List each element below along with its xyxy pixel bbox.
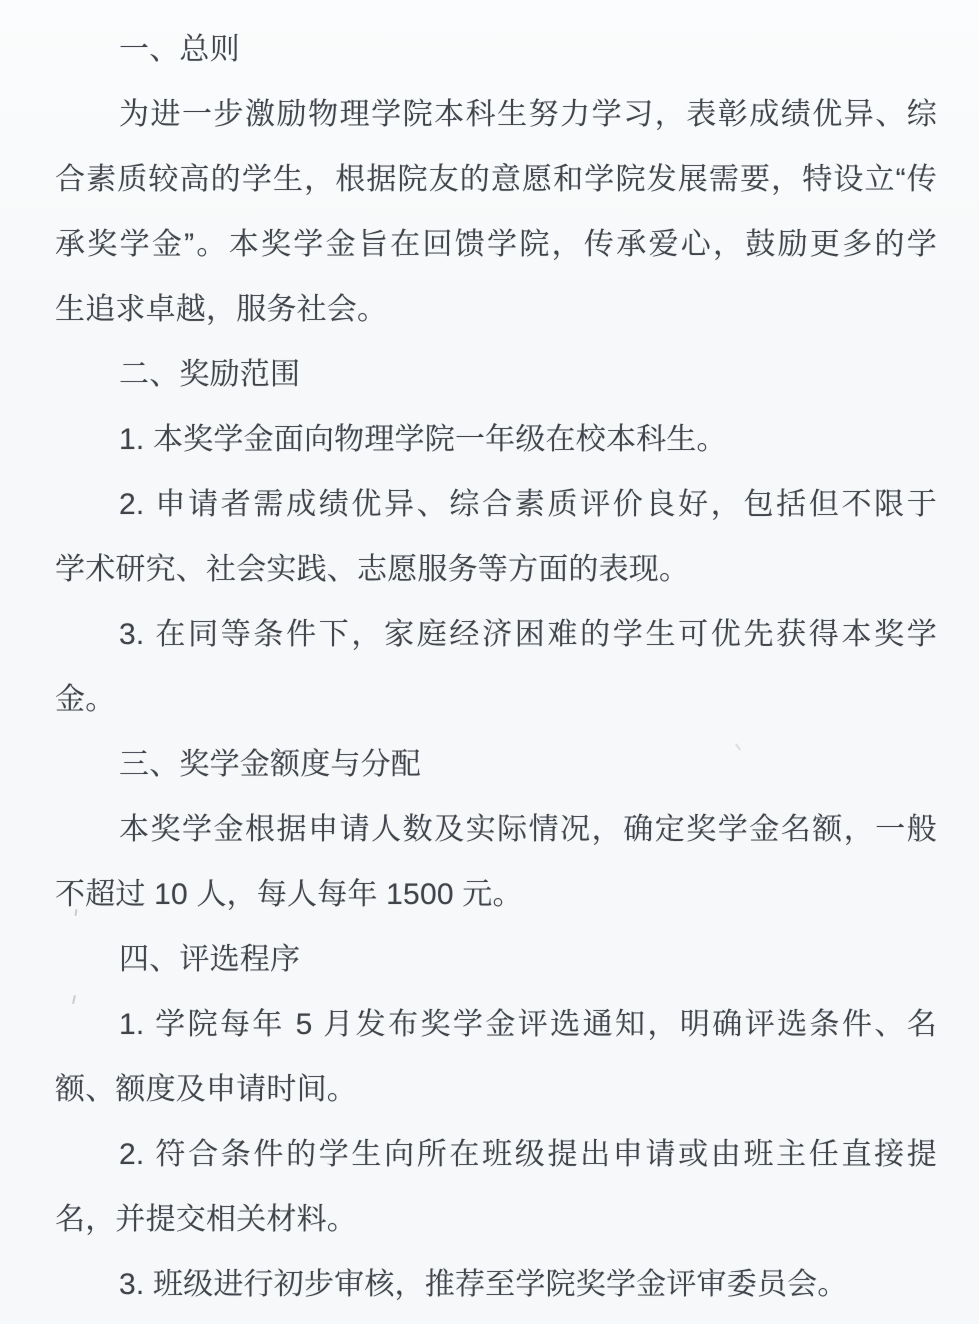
heading-section-3: 三、奖学金额度与分配 [55, 732, 937, 797]
heading-section-1: 一、总则 [55, 17, 937, 82]
heading-section-2: 二、奖励范围 [55, 342, 937, 407]
text-line: 为进一步激励物理学院本科生努力学习，表彰成绩优异、综 [55, 82, 937, 147]
text-line: 3. 班级进行初步审核，推荐至学院奖学金评审委员会。 [55, 1252, 937, 1317]
scanned-document-page: 一、总则 为进一步激励物理学院本科生努力学习，表彰成绩优异、综 合素质较高的学生… [0, 0, 979, 1324]
text-line: 承奖学金”。本奖学金旨在回馈学院，传承爱心，鼓励更多的学 [55, 212, 937, 277]
heading-section-4: 四、评选程序 [55, 927, 937, 992]
text-line: 合素质较高的学生，根据院友的意愿和学院发展需要，特设立“传 [55, 147, 937, 212]
text-line: 1. 学院每年 5 月发布奖学金评选通知，明确评选条件、名 [55, 992, 937, 1057]
text-line: 本奖学金根据申请人数及实际情况，确定奖学金名额，一般 [55, 797, 937, 862]
text-line: 额、额度及申请时间。 [55, 1057, 937, 1122]
text-line: 2. 申请者需成绩优异、综合素质评价良好，包括但不限于 [55, 472, 937, 537]
text-line: 生追求卓越，服务社会。 [55, 277, 937, 342]
text-line: 1. 本奖学金面向物理学院一年级在校本科生。 [55, 407, 937, 472]
text-line: 不超过 10 人，每人每年 1500 元。 [55, 862, 937, 927]
text-line: 3. 在同等条件下，家庭经济困难的学生可优先获得本奖学 [55, 602, 937, 667]
text-line: 金。 [55, 667, 937, 732]
text-line: 名，并提交相关材料。 [55, 1187, 937, 1252]
text-line: 2. 符合条件的学生向所在班级提出申请或由班主任直接提 [55, 1122, 937, 1187]
document-body: 一、总则 为进一步激励物理学院本科生努力学习，表彰成绩优异、综 合素质较高的学生… [55, 17, 937, 1317]
text-line: 学术研究、社会实践、志愿服务等方面的表现。 [55, 537, 937, 602]
